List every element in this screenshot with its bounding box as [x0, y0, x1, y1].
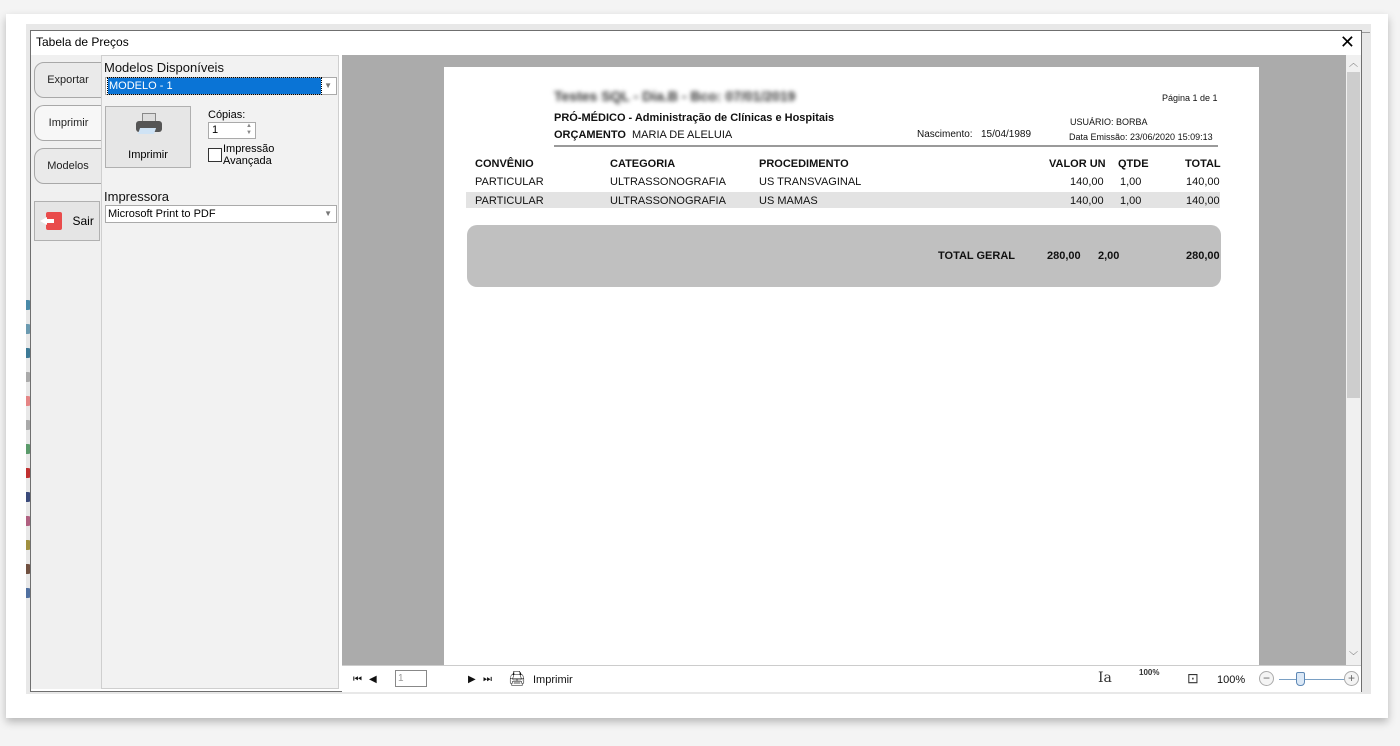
total-total: 280,00	[1186, 250, 1220, 262]
models-label: Modelos Disponíveis	[104, 60, 224, 75]
report-blurred-header: Testes SQL - Dia.B - Bco: 07/01/2019	[554, 88, 795, 104]
table-cell: 140,00	[1070, 195, 1104, 207]
patient-name: MARIA DE ALELUIA	[632, 129, 732, 141]
user-line: USUÁRIO: BORBA	[1070, 117, 1148, 127]
zoom-level: 100%	[1217, 674, 1245, 686]
toolbar-print-button[interactable]: Imprimir	[533, 674, 573, 686]
zoom-slider-thumb[interactable]	[1296, 672, 1305, 686]
chevron-up-icon[interactable]: ︿	[1346, 56, 1361, 71]
copies-stepper[interactable]: 1 ▲▼	[208, 122, 256, 139]
previous-page-icon[interactable]: ◀	[369, 674, 377, 685]
preview-toolbar: ⏮ ◀ 1 ▶ ⏭ 🖨 Imprimir Ia 100% ⊡ 100% − +	[342, 665, 1361, 692]
model-select[interactable]: MODELO - 1 ▼	[105, 77, 337, 95]
print-options-panel: Modelos Disponíveis MODELO - 1 ▼ Imprimi…	[101, 55, 339, 689]
advanced-print-label: Impressão Avançada	[223, 143, 274, 167]
printer-icon	[136, 113, 162, 135]
budget-label: ORÇAMENTO	[554, 129, 626, 141]
dialog-title: Tabela de Preços	[36, 35, 129, 49]
col-procedimento: PROCEDIMENTO	[759, 158, 849, 170]
copies-value: 1	[212, 124, 218, 136]
chevron-down-icon: ▼	[324, 206, 332, 222]
col-qtde: QTDE	[1118, 158, 1149, 170]
table-cell: 140,00	[1186, 176, 1220, 188]
table-cell: 140,00	[1070, 176, 1104, 188]
page-number-input[interactable]: 1	[395, 670, 427, 687]
table-cell: PARTICULAR	[475, 176, 544, 188]
tab-exportar[interactable]: Exportar	[34, 62, 102, 98]
emission-line: Data Emissão: 23/06/2020 15:09:13	[1069, 132, 1213, 142]
table-cell: ULTRASSONOGRAFIA	[610, 176, 726, 188]
exit-button[interactable]: Sair	[34, 201, 100, 241]
exit-button-label: Sair	[72, 214, 93, 228]
col-valor-un: VALOR UN	[1049, 158, 1106, 170]
table-cell: ULTRASSONOGRAFIA	[610, 195, 726, 207]
chevron-down-icon[interactable]: ﹀	[1346, 649, 1361, 664]
scrollbar-thumb[interactable]	[1347, 72, 1360, 398]
total-summary-box: TOTAL GERAL 280,00 2,00 280,00	[467, 225, 1221, 287]
table-cell: US TRANSVAGINAL	[759, 176, 861, 188]
total-qtde: 2,00	[1098, 250, 1119, 262]
total-label: TOTAL GERAL	[938, 250, 1015, 262]
printer-icon[interactable]: 🖨	[508, 670, 526, 687]
vertical-scrollbar[interactable]: ︿ ﹀	[1346, 55, 1361, 665]
table-cell: 1,00	[1120, 176, 1141, 188]
printer-label: Impressora	[104, 189, 169, 204]
model-selected-value: MODELO - 1	[108, 78, 321, 94]
birth-label: Nascimento:	[917, 129, 973, 140]
zoom-page-fit-icon[interactable]: ⊡	[1187, 670, 1199, 687]
first-page-icon[interactable]: ⏮	[353, 674, 362, 685]
advanced-print-checkbox[interactable]	[208, 148, 222, 162]
zoom-in-icon[interactable]: +	[1344, 671, 1359, 686]
table-cell: US MAMAS	[759, 195, 818, 207]
page-info: Página 1 de 1	[1162, 93, 1218, 103]
col-categoria: CATEGORIA	[610, 158, 675, 170]
table-cell: PARTICULAR	[475, 195, 544, 207]
chevron-down-icon: ▼	[324, 78, 332, 94]
printer-selected-value: Microsoft Print to PDF	[108, 206, 216, 222]
total-valor: 280,00	[1047, 250, 1081, 262]
zoom-out-icon[interactable]: −	[1259, 671, 1274, 686]
price-table-dialog: Tabela de Preços ✕ Exportar Imprimir Mod…	[30, 30, 1362, 692]
exit-door-icon	[40, 212, 62, 230]
zoom-100-icon[interactable]: 100%	[1139, 668, 1159, 677]
advanced-print-label-line1: Impressão	[223, 143, 274, 155]
report-preview-area: Testes SQL - Dia.B - Bco: 07/01/2019 Pág…	[342, 55, 1346, 665]
birth-date: 15/04/1989	[981, 129, 1031, 140]
header-divider	[554, 145, 1218, 147]
printer-select[interactable]: Microsoft Print to PDF ▼	[105, 205, 337, 223]
advanced-print-label-line2: Avançada	[223, 155, 274, 167]
table-cell: 140,00	[1186, 195, 1220, 207]
side-tabs: Exportar Imprimir Modelos Sair	[31, 55, 101, 689]
last-page-icon[interactable]: ⏭	[483, 674, 492, 685]
print-button-label: Imprimir	[106, 149, 190, 161]
copies-label: Cópias:	[208, 109, 245, 121]
next-page-icon[interactable]: ▶	[468, 674, 476, 685]
zoom-text-width-icon[interactable]: Ia	[1098, 670, 1112, 686]
col-total: TOTAL	[1185, 158, 1221, 170]
company-name: PRÓ-MÉDICO - Administração de Clínicas e…	[554, 112, 834, 124]
tab-modelos[interactable]: Modelos	[34, 148, 102, 184]
table-cell: 1,00	[1120, 195, 1141, 207]
stepper-arrows-icon[interactable]: ▲▼	[246, 123, 252, 137]
table-row-highlight	[466, 192, 1220, 208]
print-button[interactable]: Imprimir	[105, 106, 191, 168]
report-page: Testes SQL - Dia.B - Bco: 07/01/2019 Pág…	[444, 67, 1259, 667]
close-icon[interactable]: ✕	[1340, 33, 1355, 51]
zoom-slider-track[interactable]	[1279, 679, 1351, 680]
col-convenio: CONVÊNIO	[475, 158, 534, 170]
tab-imprimir[interactable]: Imprimir	[34, 105, 102, 141]
